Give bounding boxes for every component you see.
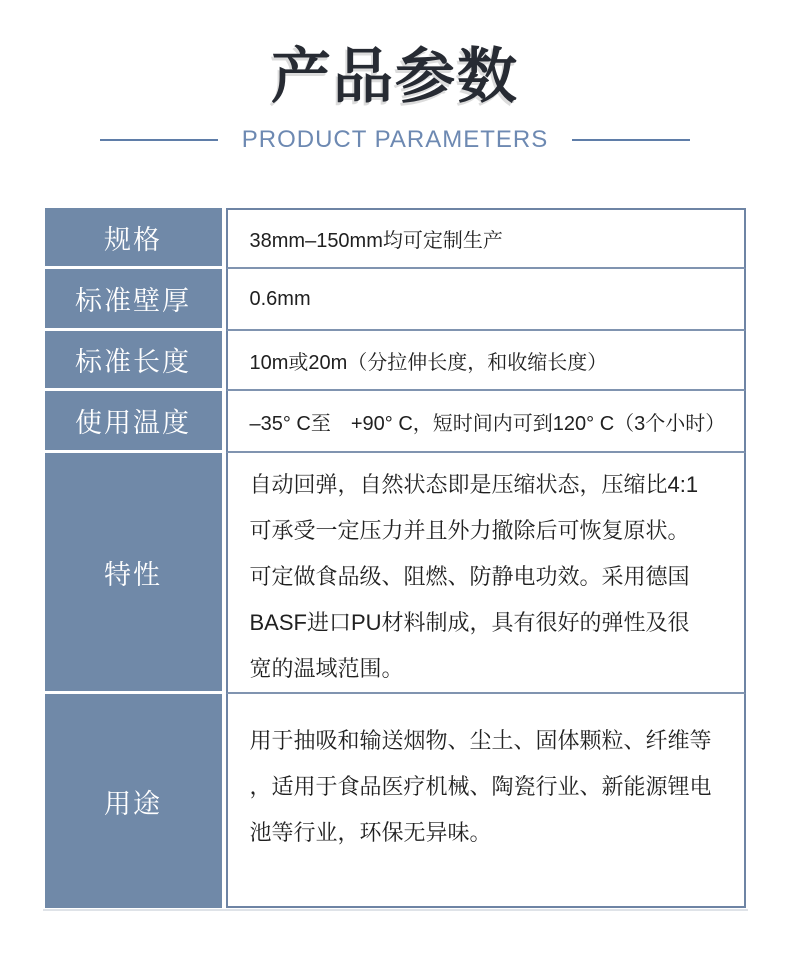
- row-label-uses: 用途: [45, 694, 226, 908]
- table-bottom-shadow: [43, 909, 748, 911]
- row-value-standard-length: 10m或20m（分拉伸长度，和收缩长度）: [226, 331, 746, 391]
- row-value-uses: 用于抽吸和输送烟物、尘土、固体颗粒、纤维等 ，适用于食品医疗机械、陶瓷行业、新能…: [226, 694, 746, 908]
- page-subtitle-row: PRODUCT PARAMETERS: [0, 126, 790, 154]
- row-value-operating-temperature: –35° C至 +90° C，短时间内可到120° C（3个小时）: [226, 391, 746, 453]
- row-label-spec: 规格: [45, 208, 226, 269]
- features-line: 自动回弹，自然状态即是压缩状态，压缩比4:1: [250, 462, 736, 508]
- product-parameters-page: 产品参数 PRODUCT PARAMETERS 规格 38mm–150mm均可定…: [0, 0, 790, 911]
- row-label-features: 特性: [45, 453, 226, 694]
- page-title: 产品参数: [0, 34, 790, 120]
- row-label-operating-temperature: 使用温度: [45, 391, 226, 453]
- features-line: 宽的温域范围。: [250, 646, 736, 692]
- features-line: BASF进口PU材料制成，具有很好的弹性及很: [250, 600, 736, 646]
- subtitle-line-right: [572, 139, 690, 141]
- uses-line: ，适用于食品医疗机械、陶瓷行业、新能源锂电: [250, 764, 736, 810]
- row-value-features: 自动回弹，自然状态即是压缩状态，压缩比4:1 可承受一定压力并且外力撤除后可恢复…: [226, 453, 746, 694]
- uses-line: 池等行业，环保无异味。: [250, 810, 736, 856]
- subtitle-line-left: [100, 139, 218, 141]
- features-line: 可定做食品级、阻燃、防静电功效。采用德国: [250, 554, 736, 600]
- page-subtitle: PRODUCT PARAMETERS: [242, 126, 548, 154]
- page-header: 产品参数 PRODUCT PARAMETERS: [0, 0, 790, 154]
- row-label-wall-thickness: 标准壁厚: [45, 269, 226, 331]
- row-value-wall-thickness: 0.6mm: [226, 269, 746, 331]
- features-line: 可承受一定压力并且外力撤除后可恢复原状。: [250, 508, 736, 554]
- uses-line: 用于抽吸和输送烟物、尘土、固体颗粒、纤维等: [250, 718, 736, 764]
- row-label-standard-length: 标准长度: [45, 331, 226, 391]
- row-value-spec: 38mm–150mm均可定制生产: [226, 208, 746, 269]
- parameters-table: 规格 38mm–150mm均可定制生产 标准壁厚 0.6mm 标准长度 10m或…: [45, 208, 746, 908]
